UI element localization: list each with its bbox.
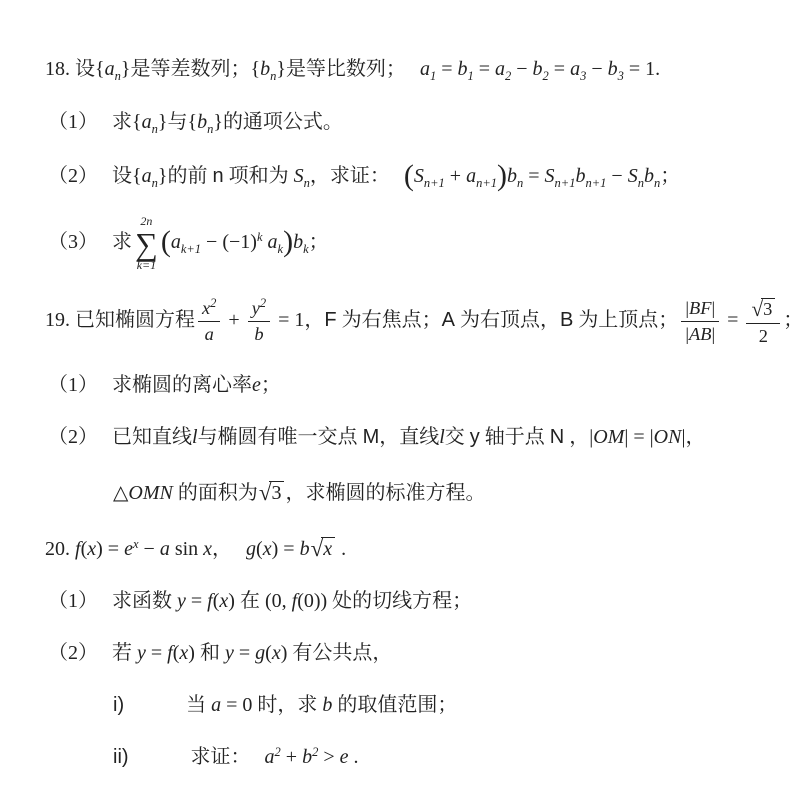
problem-18-header: 18. 设{an}是等差数列；{bn}是等比数列；a1 = b1 = a2 − … (45, 55, 790, 85)
superscript: 2 (260, 296, 266, 310)
text-run: = (146, 642, 167, 664)
text-run: − (586, 58, 607, 80)
sans-run: ii) (113, 746, 129, 768)
math-variable: y (137, 642, 146, 664)
math-variable: a (105, 58, 115, 80)
sigma-icon: ∑ (135, 229, 158, 259)
text-run: ，直线 (379, 426, 439, 448)
problem-18-part-1: （1）求{an}与{bn}的通项公式。 (45, 108, 790, 138)
text-run: ) 在 (0, (228, 590, 291, 612)
sans-run: n (212, 165, 223, 187)
text-run: 已知直线 (112, 426, 192, 448)
subscript: k+1 (181, 242, 201, 256)
text-run: ， (212, 538, 232, 560)
math-variable: b (322, 694, 332, 716)
math-variable: b (644, 165, 654, 187)
math-variable: b (197, 111, 207, 133)
fraction-denominator: b (248, 322, 270, 346)
fraction-denominator: 2 (746, 324, 780, 348)
text-run: { (95, 58, 105, 80)
text-run: . (349, 746, 359, 768)
square-root: √x (311, 531, 336, 564)
text-run: 19. 已知椭圆方程 (45, 309, 195, 331)
fraction: y2b (248, 296, 270, 346)
radicand: 3 (269, 481, 284, 505)
text-run: 求椭圆的离心率 (112, 374, 252, 396)
math-variable: b (260, 58, 270, 80)
sans-run: A (442, 309, 455, 331)
problem-18-part-2: （2）设{an}的前 n 项和为 Sn，求证：(Sn+1 + an+1)bn =… (45, 161, 790, 192)
text-run: 设 (112, 165, 132, 187)
math-variable: AB (689, 324, 711, 344)
math-variable: b (507, 165, 517, 187)
text-run: 的前 (167, 165, 212, 187)
text-run: = (186, 590, 207, 612)
text-run: 的面积为 (173, 482, 258, 504)
fraction: √32 (746, 295, 780, 347)
big-paren: ) (283, 225, 293, 258)
math-variable: a (466, 165, 476, 187)
text-run: { (132, 111, 142, 133)
text-run: （2） (48, 642, 98, 664)
text-run: { (250, 58, 260, 80)
sans-run: M (363, 426, 380, 448)
math-variable: x (202, 298, 210, 318)
square-root: √3 (751, 295, 775, 321)
big-paren: ( (161, 225, 171, 258)
text-run: |， (681, 426, 705, 448)
text-run: + (281, 746, 302, 768)
text-run: 是等比数列； (286, 58, 406, 80)
math-variable: a (171, 231, 181, 253)
sans-run: y (470, 426, 480, 448)
text-run: 若 (112, 642, 137, 664)
subscript: n+1 (585, 176, 606, 190)
text-run: > (318, 746, 339, 768)
sans-run: F (324, 309, 336, 331)
text-run: (0)) 处的切线方程； (297, 590, 472, 612)
math-variable: e (340, 746, 349, 768)
problem-20-part-1: （1）求函数 y = f(x) 在 (0, f(0)) 处的切线方程； (45, 587, 790, 616)
math-variable: b (608, 58, 618, 80)
math-variable: x (263, 538, 272, 560)
text-run: 轴于点 (480, 426, 550, 448)
text-run: } (276, 58, 286, 80)
math-variable: S (545, 165, 555, 187)
math-variable: a (495, 58, 505, 80)
text-run: 项和为 (224, 165, 294, 187)
math-variable: b (254, 324, 263, 344)
math-variable: y (177, 590, 186, 612)
text-run: ，求椭圆的标准方程。 (285, 482, 485, 504)
math-variable: x (219, 590, 228, 612)
text-run: 求 (112, 231, 132, 253)
math-variable: x (272, 642, 281, 664)
fraction: |BF||AB| (681, 297, 719, 346)
math-variable: a (160, 538, 170, 560)
text-run: = (436, 58, 457, 80)
fraction-numerator: |BF| (681, 297, 719, 322)
text-run: ) 和 (188, 642, 225, 664)
text-run: ； (309, 231, 329, 253)
text-run: ) = (96, 538, 124, 560)
math-variable: a (211, 694, 221, 716)
text-run: ) 有公共点， (281, 642, 393, 664)
text-run: = 1， (273, 309, 324, 331)
text-run: 与椭圆有唯一交点 (198, 426, 363, 448)
text-run: ( (265, 642, 272, 664)
text-run: = 1. (624, 58, 660, 80)
text-run: . (336, 538, 346, 560)
text-run: 2 (759, 326, 768, 346)
math-variable: x (179, 642, 188, 664)
fraction-numerator: y2 (248, 296, 270, 322)
text-run: 求函数 (112, 590, 177, 612)
math-variable: g (255, 642, 265, 664)
text-run: 3 (763, 299, 772, 319)
text-run: （3） (48, 231, 98, 253)
text-run: sin (170, 538, 203, 560)
big-paren: ) (497, 159, 507, 192)
math-variable: b (457, 58, 467, 80)
radicand: x (321, 537, 335, 561)
text-run: { (187, 111, 197, 133)
math-variable: b (533, 58, 543, 80)
fraction-denominator: |AB| (681, 322, 719, 346)
problem-20-part-2-i: i)当 a = 0 时，求 b 的取值范围； (45, 691, 790, 720)
text-run: 为上顶点； (573, 309, 678, 331)
math-variable: OMN (128, 482, 172, 504)
text-run: （2） (48, 426, 98, 448)
text-run: = 0 时，求 (221, 694, 322, 716)
text-run: | (711, 298, 715, 318)
problem-20-part-2-ii: ii)求证：a2 + b2 > e . (45, 743, 790, 772)
text-run: 3 (271, 482, 281, 504)
problem-19-part-1: （1）求椭圆的离心率e； (45, 371, 790, 400)
text-run: （1） (48, 111, 98, 133)
radical-icon: √ (259, 480, 272, 505)
text-run: = (234, 642, 255, 664)
text-run: = (722, 309, 743, 331)
radical-icon: √ (311, 536, 324, 561)
text-run: + (223, 309, 244, 331)
math-variable: S (294, 165, 304, 187)
text-run: （2） (48, 165, 98, 187)
math-variable: a (142, 111, 152, 133)
math-variable: g (246, 538, 256, 560)
text-run: ； (660, 165, 680, 187)
math-variable: e (252, 374, 261, 396)
math-variable: BF (689, 298, 711, 318)
math-variable: S (414, 165, 424, 187)
text-run: } (213, 111, 223, 133)
subscript: n+1 (424, 176, 445, 190)
big-paren: ( (404, 159, 414, 192)
sans-run: B (560, 309, 573, 331)
math-variable: a (420, 58, 430, 80)
text-run: ( (256, 538, 263, 560)
fraction-numerator: x2 (198, 296, 220, 322)
math-variable: a (205, 324, 214, 344)
math-variable: e (124, 538, 133, 560)
document-page: 18. 设{an}是等差数列；{bn}是等比数列；a1 = b1 = a2 − … (0, 0, 800, 797)
text-run: 与 (167, 111, 187, 133)
problem-20-part-2: （2）若 y = f(x) 和 y = g(x) 有公共点， (45, 639, 790, 668)
fraction: x2a (198, 296, 220, 346)
text-run: 是等差数列； (130, 58, 250, 80)
text-run: − (139, 538, 160, 560)
text-run: ； (783, 309, 800, 331)
text-run: ) = (272, 538, 300, 560)
math-variable: b (293, 231, 303, 253)
math-variable: y (225, 642, 234, 664)
text-run: 为右焦点； (337, 309, 442, 331)
text-run: 求证： (191, 746, 251, 768)
text-run: 为右顶点， (455, 309, 560, 331)
text-run: − (606, 165, 627, 187)
text-run: （1） (48, 590, 98, 612)
text-run: 交 (445, 426, 470, 448)
text-run: ， (564, 426, 589, 448)
text-run: ； (261, 374, 281, 396)
summation: 2n∑k=1 (135, 215, 158, 272)
sans-run: N (550, 426, 564, 448)
text-run: △ (113, 482, 128, 504)
text-run: − (−1) (201, 231, 257, 253)
superscript: k (257, 230, 263, 244)
math-variable: a (142, 165, 152, 187)
text-run: | = | (624, 426, 653, 448)
sum-lower-limit: k=1 (137, 259, 156, 272)
text-run: 当 (186, 694, 211, 716)
text-run: 18. 设 (45, 58, 95, 80)
problem-20-header: 20. f(x) = ex − a sin x，g(x) = b√x . (45, 531, 790, 564)
text-run: = (474, 58, 495, 80)
text-run: − (511, 58, 532, 80)
fraction-denominator: a (198, 322, 220, 346)
text-run: ，求证： (310, 165, 390, 187)
math-variable: b (575, 165, 585, 187)
square-root: √3 (259, 475, 285, 508)
text-run: 20. (45, 538, 75, 560)
math-variable: y (252, 298, 260, 318)
math-variable: b (300, 538, 310, 560)
math-variable: ON (654, 426, 682, 448)
text-run: { (132, 165, 142, 187)
subscript: n+1 (555, 176, 576, 190)
text-run: 的通项公式。 (223, 111, 343, 133)
math-variable: a (265, 746, 275, 768)
text-run: 求 (112, 111, 132, 133)
math-variable: S (628, 165, 638, 187)
math-variable: b (302, 746, 312, 768)
text-run: （1） (48, 374, 98, 396)
math-variable: x (87, 538, 96, 560)
math-variable: a (570, 58, 580, 80)
text-run: 的取值范围； (332, 694, 457, 716)
text-run: = (523, 165, 544, 187)
math-variable: OM (593, 426, 624, 448)
radical-icon: √ (751, 297, 763, 321)
math-variable: a (268, 231, 278, 253)
problem-18-part-3: （3）求2n∑k=1(ak+1 − (−1)k ak)bk； (45, 215, 790, 272)
math-variable: x (323, 538, 332, 560)
problem-19-header: 19. 已知椭圆方程x2a + y2b = 1，F 为右焦点；A 为右顶点，B … (45, 295, 790, 347)
subscript: n+1 (476, 176, 497, 190)
text-run: + (445, 165, 466, 187)
problem-19-part-2-continued: △OMN 的面积为√3，求椭圆的标准方程。 (45, 475, 790, 508)
math-variable: x (203, 538, 212, 560)
text-run: = (549, 58, 570, 80)
radicand: 3 (761, 298, 775, 320)
fraction-numerator: √3 (746, 295, 780, 323)
problem-19-part-2: （2）已知直线l与椭圆有唯一交点 M，直线l交 y 轴于点 N ，|OM| = … (45, 423, 790, 452)
text-run: | (711, 324, 715, 344)
sans-run: i) (113, 694, 124, 716)
superscript: 2 (210, 296, 216, 310)
